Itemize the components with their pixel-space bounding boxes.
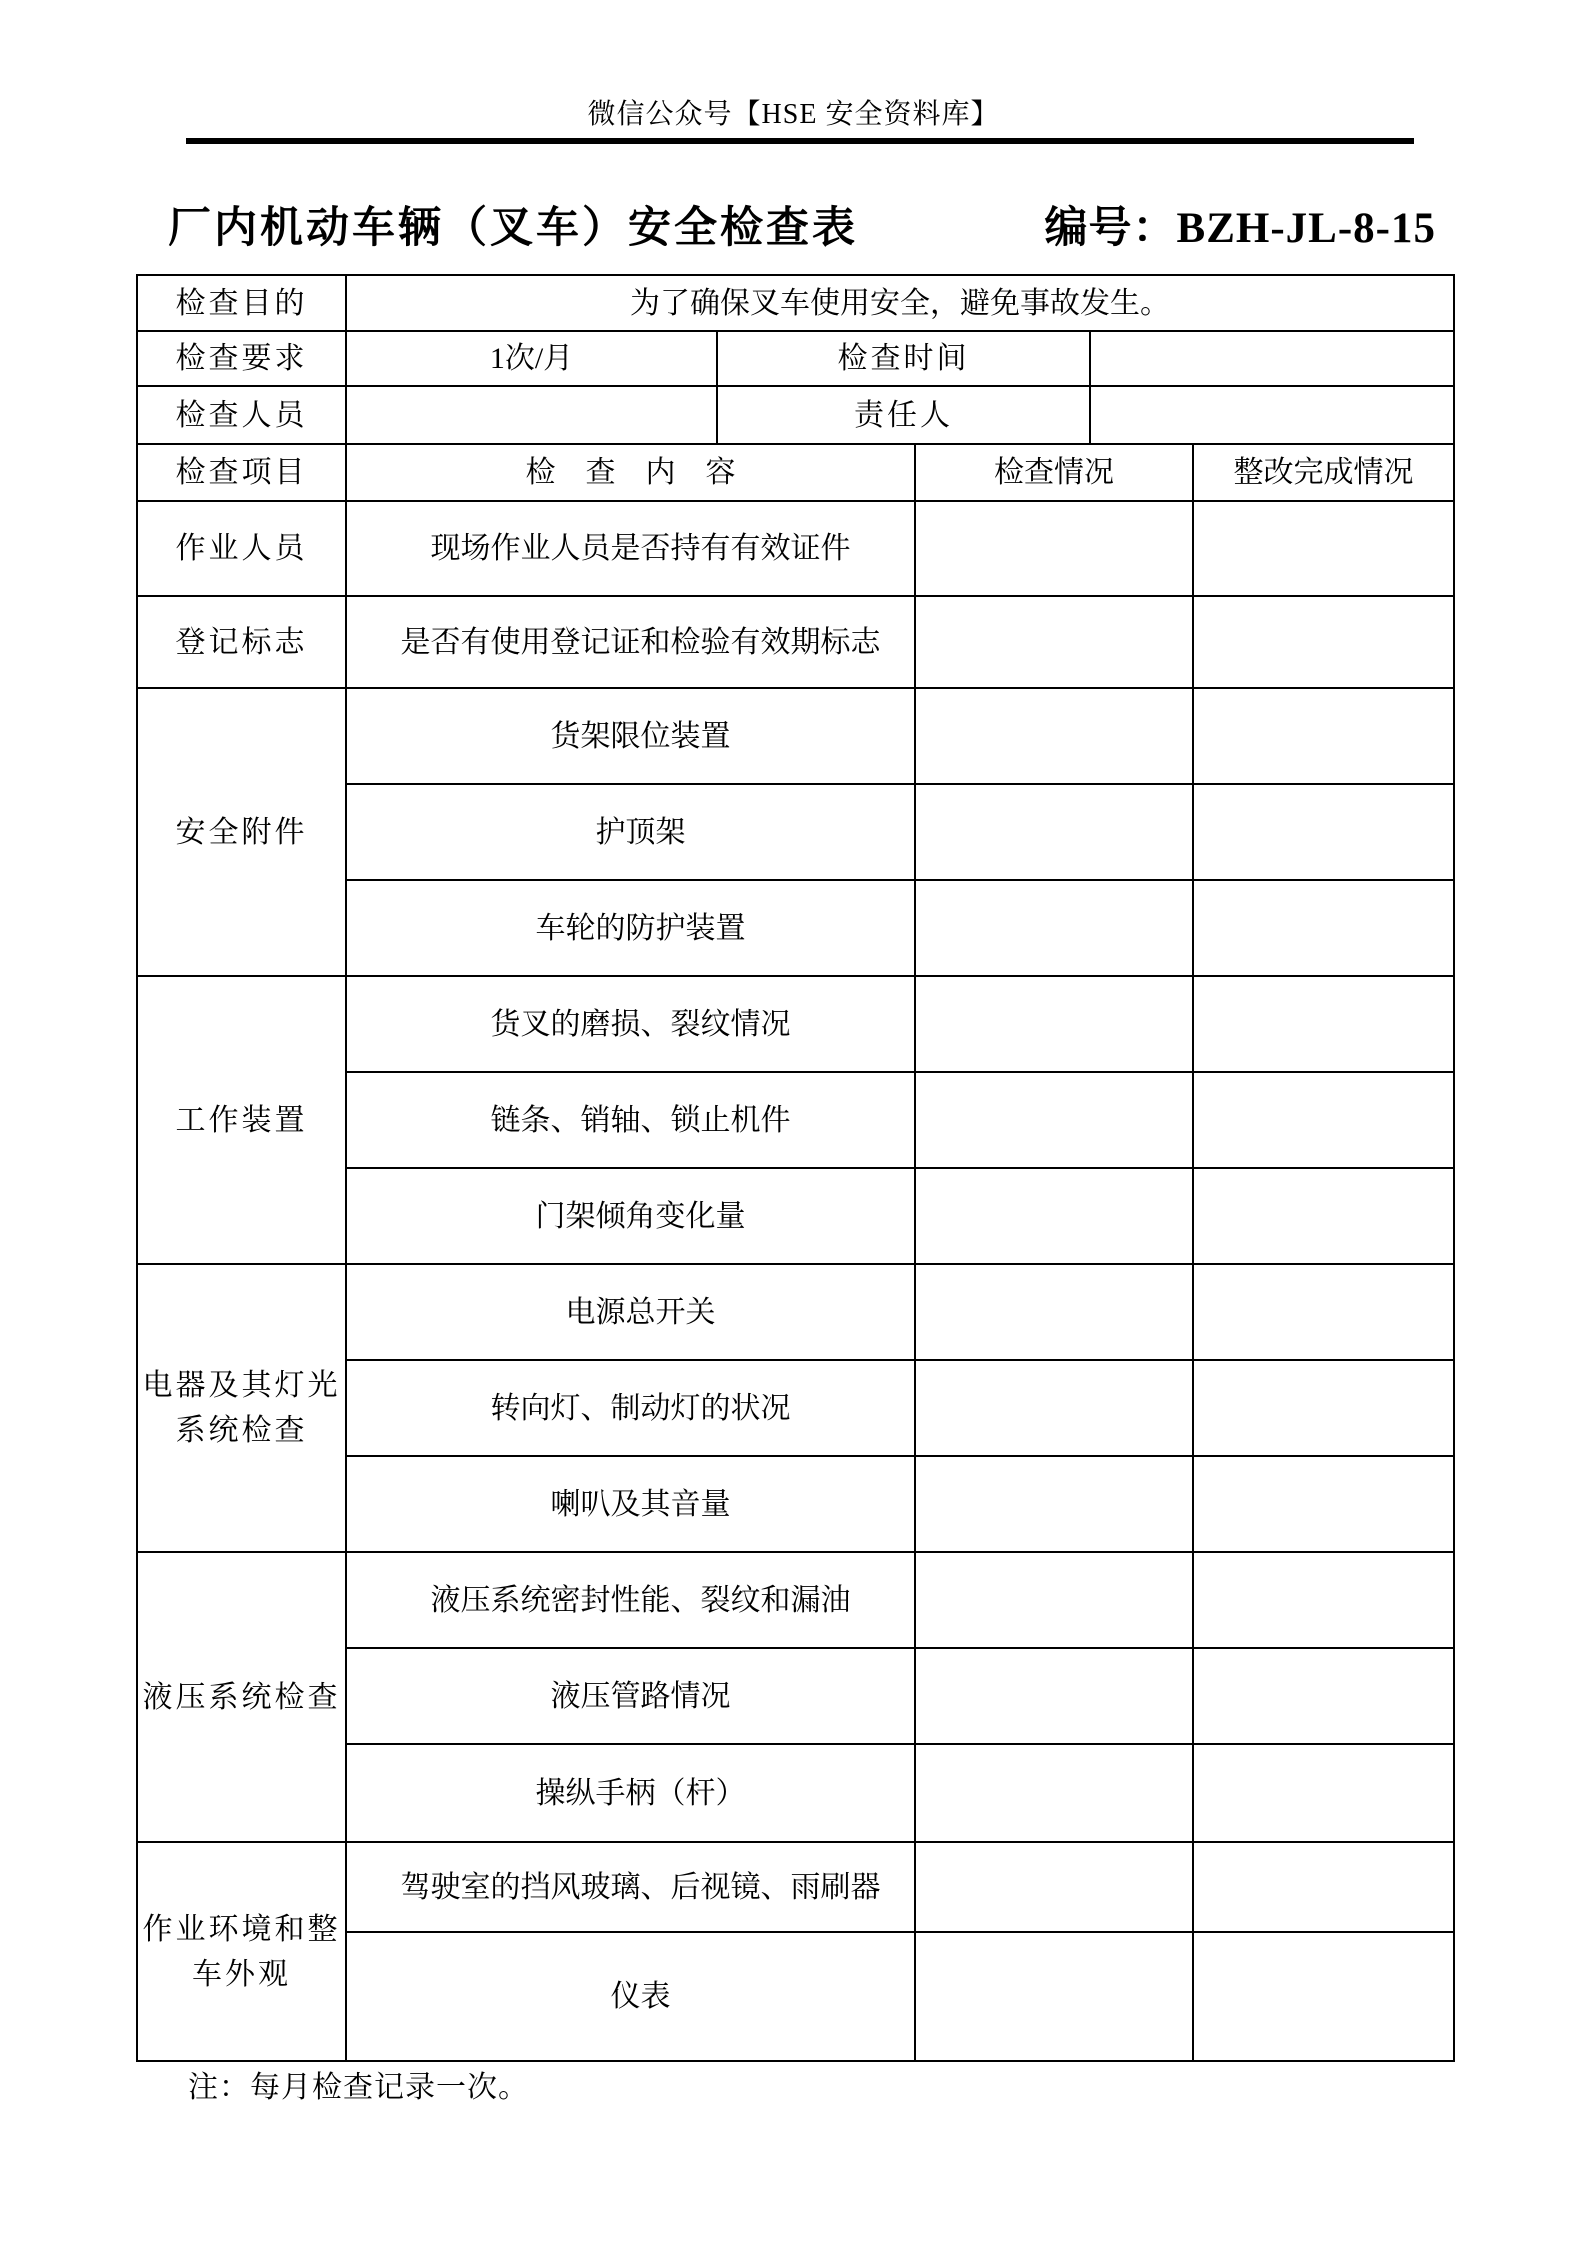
status-cell	[915, 1360, 1193, 1456]
status-cell	[915, 880, 1193, 976]
content-cell: 操纵手柄（杆）	[346, 1744, 915, 1842]
content-cell: 车轮的防护装置	[346, 880, 915, 976]
item-group-cell: 工作装置	[137, 976, 346, 1264]
table-row: 电器及其灯光系统检查 电源总开关	[137, 1264, 1454, 1360]
rectify-cell	[1193, 976, 1454, 1072]
table-row: 安全附件 货架限位装置	[137, 688, 1454, 784]
status-cell	[915, 1264, 1193, 1360]
doc-number: 编号：BZH-JL-8-15	[1045, 200, 1436, 258]
title-row: 厂内机动车辆（叉车）安全检查表 编号：BZH-JL-8-15	[168, 200, 1436, 258]
rectify-cell	[1193, 1744, 1454, 1842]
time-label-cell: 检查时间	[717, 331, 1090, 386]
wechat-banner: 微信公众号【HSE 安全资料库】	[0, 98, 1587, 132]
header-status-cell: 检查情况	[915, 444, 1193, 501]
table-row: 作业人员 现场作业人员是否持有有效证件	[137, 501, 1454, 596]
inspection-table: 检查目的 为了确保叉车使用安全，避免事故发生。 检查要求 1次/月 检查时间 检…	[136, 274, 1455, 2062]
rectify-cell	[1193, 1842, 1454, 1932]
content-cell: 门架倾角变化量	[346, 1168, 915, 1264]
rectify-cell	[1193, 596, 1454, 688]
header-item-cell: 检查项目	[137, 444, 346, 501]
rectify-cell	[1193, 501, 1454, 596]
status-cell	[915, 501, 1193, 596]
purpose-value-cell: 为了确保叉车使用安全，避免事故发生。	[346, 275, 1454, 331]
item-group-cell: 液压系统检查	[137, 1552, 346, 1842]
status-cell	[915, 596, 1193, 688]
header-content-cell: 检 查 内 容	[346, 444, 915, 501]
status-cell	[915, 1842, 1193, 1932]
page-title: 厂内机动车辆（叉车）安全检查表	[168, 200, 858, 258]
purpose-label-cell: 检查目的	[137, 275, 346, 331]
item-group-cell: 登记标志	[137, 596, 346, 688]
item-group-cell: 安全附件	[137, 688, 346, 976]
content-cell: 货叉的磨损、裂纹情况	[346, 976, 915, 1072]
content-cell: 喇叭及其音量	[346, 1456, 915, 1552]
rectify-cell	[1193, 784, 1454, 880]
table-row: 检查要求 1次/月 检查时间	[137, 331, 1454, 386]
status-cell	[915, 1932, 1193, 2061]
table-row: 登记标志 是否有使用登记证和检验有效期标志	[137, 596, 1454, 688]
inspector-label-cell: 检查人员	[137, 386, 346, 444]
rectify-cell	[1193, 1072, 1454, 1168]
rectify-cell	[1193, 1552, 1454, 1648]
content-cell: 转向灯、制动灯的状况	[346, 1360, 915, 1456]
content-cell: 电源总开关	[346, 1264, 915, 1360]
content-cell: 货架限位装置	[346, 688, 915, 784]
time-value-cell	[1090, 331, 1454, 386]
item-group-cell: 电器及其灯光系统检查	[137, 1264, 346, 1552]
status-cell	[915, 688, 1193, 784]
rectify-cell	[1193, 1264, 1454, 1360]
item-group-cell: 作业环境和整车外观	[137, 1842, 346, 2061]
content-cell: 仪表	[346, 1932, 915, 2061]
table-row: 液压系统检查 液压系统密封性能、裂纹和漏油	[137, 1552, 1454, 1648]
status-cell	[915, 1744, 1193, 1842]
status-cell	[915, 1168, 1193, 1264]
table-row: 检查人员 责任人	[137, 386, 1454, 444]
responsible-label-cell: 责任人	[717, 386, 1090, 444]
status-cell	[915, 784, 1193, 880]
table-row: 工作装置 货叉的磨损、裂纹情况	[137, 976, 1454, 1072]
content-cell: 液压管路情况	[346, 1648, 915, 1744]
table-row: 检查目的 为了确保叉车使用安全，避免事故发生。	[137, 275, 1454, 331]
table-row: 检查项目 检 查 内 容 检查情况 整改完成情况	[137, 444, 1454, 501]
table-row: 作业环境和整车外观 驾驶室的挡风玻璃、后视镜、雨刷器	[137, 1842, 1454, 1932]
status-cell	[915, 976, 1193, 1072]
rectify-cell	[1193, 1456, 1454, 1552]
content-cell: 驾驶室的挡风玻璃、后视镜、雨刷器	[346, 1842, 915, 1932]
rectify-cell	[1193, 688, 1454, 784]
content-cell: 现场作业人员是否持有有效证件	[346, 501, 915, 596]
document-page: 微信公众号【HSE 安全资料库】 厂内机动车辆（叉车）安全检查表 编号：BZH-…	[0, 0, 1587, 2245]
content-cell: 链条、销轴、锁止机件	[346, 1072, 915, 1168]
inspector-value-cell	[346, 386, 717, 444]
header-rule-divider	[186, 138, 1414, 144]
item-group-cell: 作业人员	[137, 501, 346, 596]
footer-note: 注：每月检查记录一次。	[188, 2068, 529, 2108]
status-cell	[915, 1552, 1193, 1648]
content-cell: 液压系统密封性能、裂纹和漏油	[346, 1552, 915, 1648]
rectify-cell	[1193, 1648, 1454, 1744]
rectify-cell	[1193, 1168, 1454, 1264]
header-rectify-cell: 整改完成情况	[1193, 444, 1454, 501]
status-cell	[915, 1456, 1193, 1552]
rectify-cell	[1193, 1932, 1454, 2061]
requirement-value-cell: 1次/月	[346, 331, 717, 386]
content-cell: 是否有使用登记证和检验有效期标志	[346, 596, 915, 688]
content-cell: 护顶架	[346, 784, 915, 880]
status-cell	[915, 1072, 1193, 1168]
rectify-cell	[1193, 880, 1454, 976]
requirement-label-cell: 检查要求	[137, 331, 346, 386]
status-cell	[915, 1648, 1193, 1744]
rectify-cell	[1193, 1360, 1454, 1456]
responsible-value-cell	[1090, 386, 1454, 444]
